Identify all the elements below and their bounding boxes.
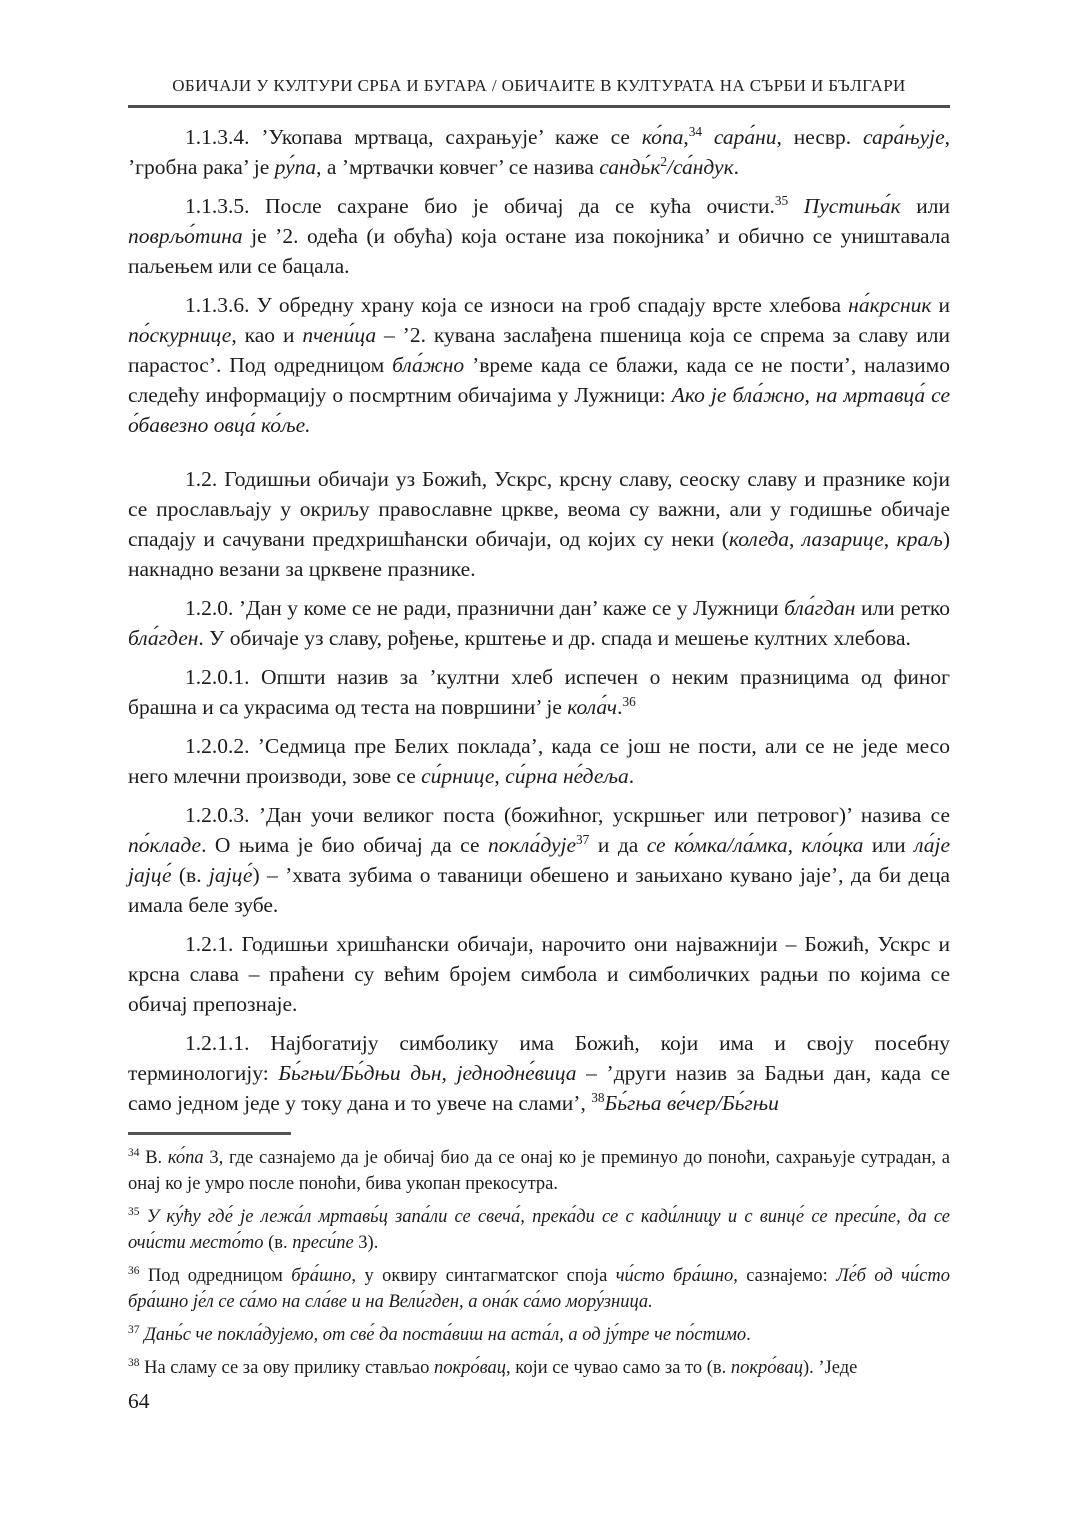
footnote-separator bbox=[128, 1132, 291, 1135]
italic-term: бра́шно bbox=[291, 1266, 351, 1286]
text-run: 3). bbox=[354, 1233, 379, 1253]
text-run: или bbox=[863, 833, 914, 857]
paragraph: 1.1.3.6. У обредну храну која се износи … bbox=[128, 290, 950, 440]
text-run: , као и bbox=[231, 323, 302, 347]
text-run bbox=[702, 125, 714, 149]
italic-term: поврљо́тина bbox=[128, 224, 243, 248]
footnote-number: 34 bbox=[128, 1147, 139, 1159]
paragraph: 1.2.0.2. ’Седмица пре Белих поклада’, ка… bbox=[128, 731, 950, 791]
footnote: 34 В. ко́па 3, где сазнајемо да је обича… bbox=[128, 1145, 950, 1197]
italic-term: јајце́ bbox=[209, 863, 253, 887]
text-run: и да bbox=[589, 833, 646, 857]
text-run: . О њима је био обичај да се bbox=[201, 833, 488, 857]
italic-term: У ку́ћу где́ је лежа́л мртавь́ц запа́ли … bbox=[128, 1207, 950, 1253]
italic-term: бла́жно bbox=[392, 353, 464, 377]
text-run bbox=[788, 194, 804, 218]
text-run: . bbox=[746, 1325, 751, 1345]
body-text: 1.1.3.4. ’Укопава мртваца, сахрањује’ ка… bbox=[128, 122, 950, 1118]
text-run: , у оквиру синтагматског споја bbox=[351, 1266, 615, 1286]
text-run: 1.1.3.4. ’Укопава мртваца, сахрањује’ ка… bbox=[185, 125, 642, 149]
text-run: , bbox=[494, 764, 505, 788]
text-run: . bbox=[629, 764, 634, 788]
footnote: 38 На сламу се за ову прилику стављао по… bbox=[128, 1355, 950, 1381]
text-run: (в. bbox=[172, 863, 209, 887]
text-run: 1.1.3.5. После сахране био је обичај да … bbox=[185, 194, 775, 218]
text-run: 1.2.1. Годишњи хришћански обичаји, нароч… bbox=[128, 932, 950, 1016]
text-run: или ретко bbox=[855, 596, 950, 620]
italic-term: покро́вац bbox=[434, 1358, 506, 1378]
text-run: 1.2.0. ’Дан у коме се не ради, празнични… bbox=[185, 596, 784, 620]
text-run: , а ’мртвачки ковчег’ се назива bbox=[316, 155, 599, 179]
text-run: (в. bbox=[264, 1233, 293, 1253]
page-number: 64 bbox=[128, 1389, 950, 1414]
italic-term: лазарице bbox=[802, 527, 884, 551]
text-run: На сламу се за ову прилику стављао bbox=[139, 1358, 434, 1378]
text-run: ) – ’хвата зубима о таваници обешено и з… bbox=[128, 863, 950, 917]
book-page: ОБИЧАЈИ У КУЛТУРИ СРБА И БУГАРА / ОБИЧАИ… bbox=[0, 0, 1080, 1524]
italic-term: си́рна не́деља bbox=[505, 764, 629, 788]
running-header-title: ОБИЧАЈИ У КУЛТУРИ СРБА И БУГАРА / ОБИЧАИ… bbox=[128, 76, 950, 96]
text-run: или bbox=[901, 194, 950, 218]
paragraph: 1.1.3.4. ’Укопава мртваца, сахрањује’ ка… bbox=[128, 122, 950, 182]
footnote-marker-superscript: 37 bbox=[576, 832, 589, 847]
italic-term: сара́ни bbox=[714, 125, 777, 149]
page-header: ОБИЧАЈИ У КУЛТУРИ СРБА И БУГАРА / ОБИЧАИ… bbox=[128, 76, 950, 108]
italic-term: Бь́гњи/Бь́дњи дьн, једнодне́вица bbox=[278, 1061, 576, 1085]
text-run: , несвр. bbox=[777, 125, 863, 149]
italic-term: покла́дује bbox=[488, 833, 576, 857]
italic-term: краљ bbox=[897, 527, 943, 551]
footnote-marker-superscript: 34 bbox=[689, 124, 702, 139]
text-run: је ’2. одећа (и обућа) која остане иза п… bbox=[128, 224, 950, 278]
italic-term: Бь́гња ве́чер/Бь́гњи bbox=[605, 1091, 779, 1115]
italic-term: чи́сто бра́шно bbox=[616, 1266, 734, 1286]
italic-term: пчени́ца bbox=[302, 323, 376, 347]
footnote: 35 У ку́ћу где́ је лежа́л мртавь́ц запа́… bbox=[128, 1204, 950, 1256]
italic-term: покро́вац bbox=[731, 1358, 803, 1378]
italic-term: ко́па bbox=[642, 125, 684, 149]
text-run: , bbox=[884, 527, 897, 551]
footnote-marker-superscript: 36 bbox=[622, 694, 635, 709]
header-rule bbox=[128, 105, 950, 108]
italic-term: на́крсник bbox=[848, 293, 931, 317]
italic-term: си́рнице bbox=[421, 764, 494, 788]
italic-term: сара́њује bbox=[863, 125, 945, 149]
footnote: 37 Дань́с че покла́дујемо, от све́ да по… bbox=[128, 1322, 950, 1348]
text-run: , сазнајемо: bbox=[733, 1266, 836, 1286]
italic-term: сандь́к bbox=[599, 155, 660, 179]
italic-term: ко́па bbox=[168, 1148, 204, 1168]
footnote-marker-superscript: 38 bbox=[591, 1090, 604, 1105]
italic-term: са́ндук bbox=[673, 155, 734, 179]
text-run: . У обичаје уз славу, рођење, крштење и … bbox=[198, 626, 910, 650]
paragraph: 1.1.3.5. После сахране био је обичај да … bbox=[128, 191, 950, 281]
footnote-number: 37 bbox=[128, 1324, 139, 1336]
paragraph: 1.2.0.3. ’Дан уочи великог поста (божићн… bbox=[128, 800, 950, 920]
paragraph: 1.2. Годишњи обичаји уз Божић, Ускрс, кр… bbox=[128, 464, 950, 584]
footnote-number: 36 bbox=[128, 1265, 139, 1277]
footnote-marker-superscript: 35 bbox=[775, 193, 788, 208]
footnote: 36 Под одредницом бра́шно, у оквиру синт… bbox=[128, 1263, 950, 1315]
italic-term: Дань́с че покла́дујемо, от све́ да поста… bbox=[144, 1325, 746, 1345]
footnotes: 34 В. ко́па 3, где сазнајемо да је обича… bbox=[128, 1145, 950, 1381]
text-run: 1.1.3.6. У обредну храну која се износи … bbox=[185, 293, 848, 317]
text-run: В. bbox=[139, 1148, 167, 1168]
italic-term: по́скурнице bbox=[128, 323, 231, 347]
italic-term: кола́ч bbox=[567, 695, 617, 719]
text-run: , који се чувао само за то (в. bbox=[506, 1358, 731, 1378]
text-run: Под одредницом bbox=[139, 1266, 291, 1286]
paragraph: 1.2.0. ’Дан у коме се не ради, празнични… bbox=[128, 593, 950, 653]
text-run: . bbox=[734, 155, 739, 179]
italic-term: преси́пе bbox=[292, 1233, 353, 1253]
italic-term: коледа bbox=[729, 527, 789, 551]
footnote-number: 38 bbox=[128, 1357, 139, 1369]
italic-term: Пустиња́к bbox=[804, 194, 901, 218]
paragraph: 1.2.1.1. Најбогатију симболику има Божић… bbox=[128, 1028, 950, 1118]
italic-term: бла́гден bbox=[128, 626, 198, 650]
text-run: 1.2.0.1. Општи назив за ’култни хлеб исп… bbox=[128, 665, 950, 719]
paragraph: 1.2.1. Годишњи хришћански обичаји, нароч… bbox=[128, 929, 950, 1019]
italic-term: ру́па bbox=[275, 155, 317, 179]
text-run: 1.2.0.3. ’Дан уочи великог поста (божићн… bbox=[185, 803, 950, 827]
text-run: и bbox=[931, 293, 950, 317]
italic-term: по́кладе bbox=[128, 833, 201, 857]
paragraph: 1.2.0.1. Општи назив за ’култни хлеб исп… bbox=[128, 662, 950, 722]
text-run: ). ’Једе bbox=[803, 1358, 857, 1378]
text-run: 3, где сазнајемо да је обичај био да се … bbox=[128, 1148, 950, 1194]
italic-term: бла́гдан bbox=[784, 596, 855, 620]
italic-term: се ко́мка/ла́мка, кло́цка bbox=[647, 833, 864, 857]
text-run bbox=[139, 1207, 146, 1227]
footnote-number: 35 bbox=[128, 1206, 139, 1218]
text-run: , bbox=[789, 527, 802, 551]
